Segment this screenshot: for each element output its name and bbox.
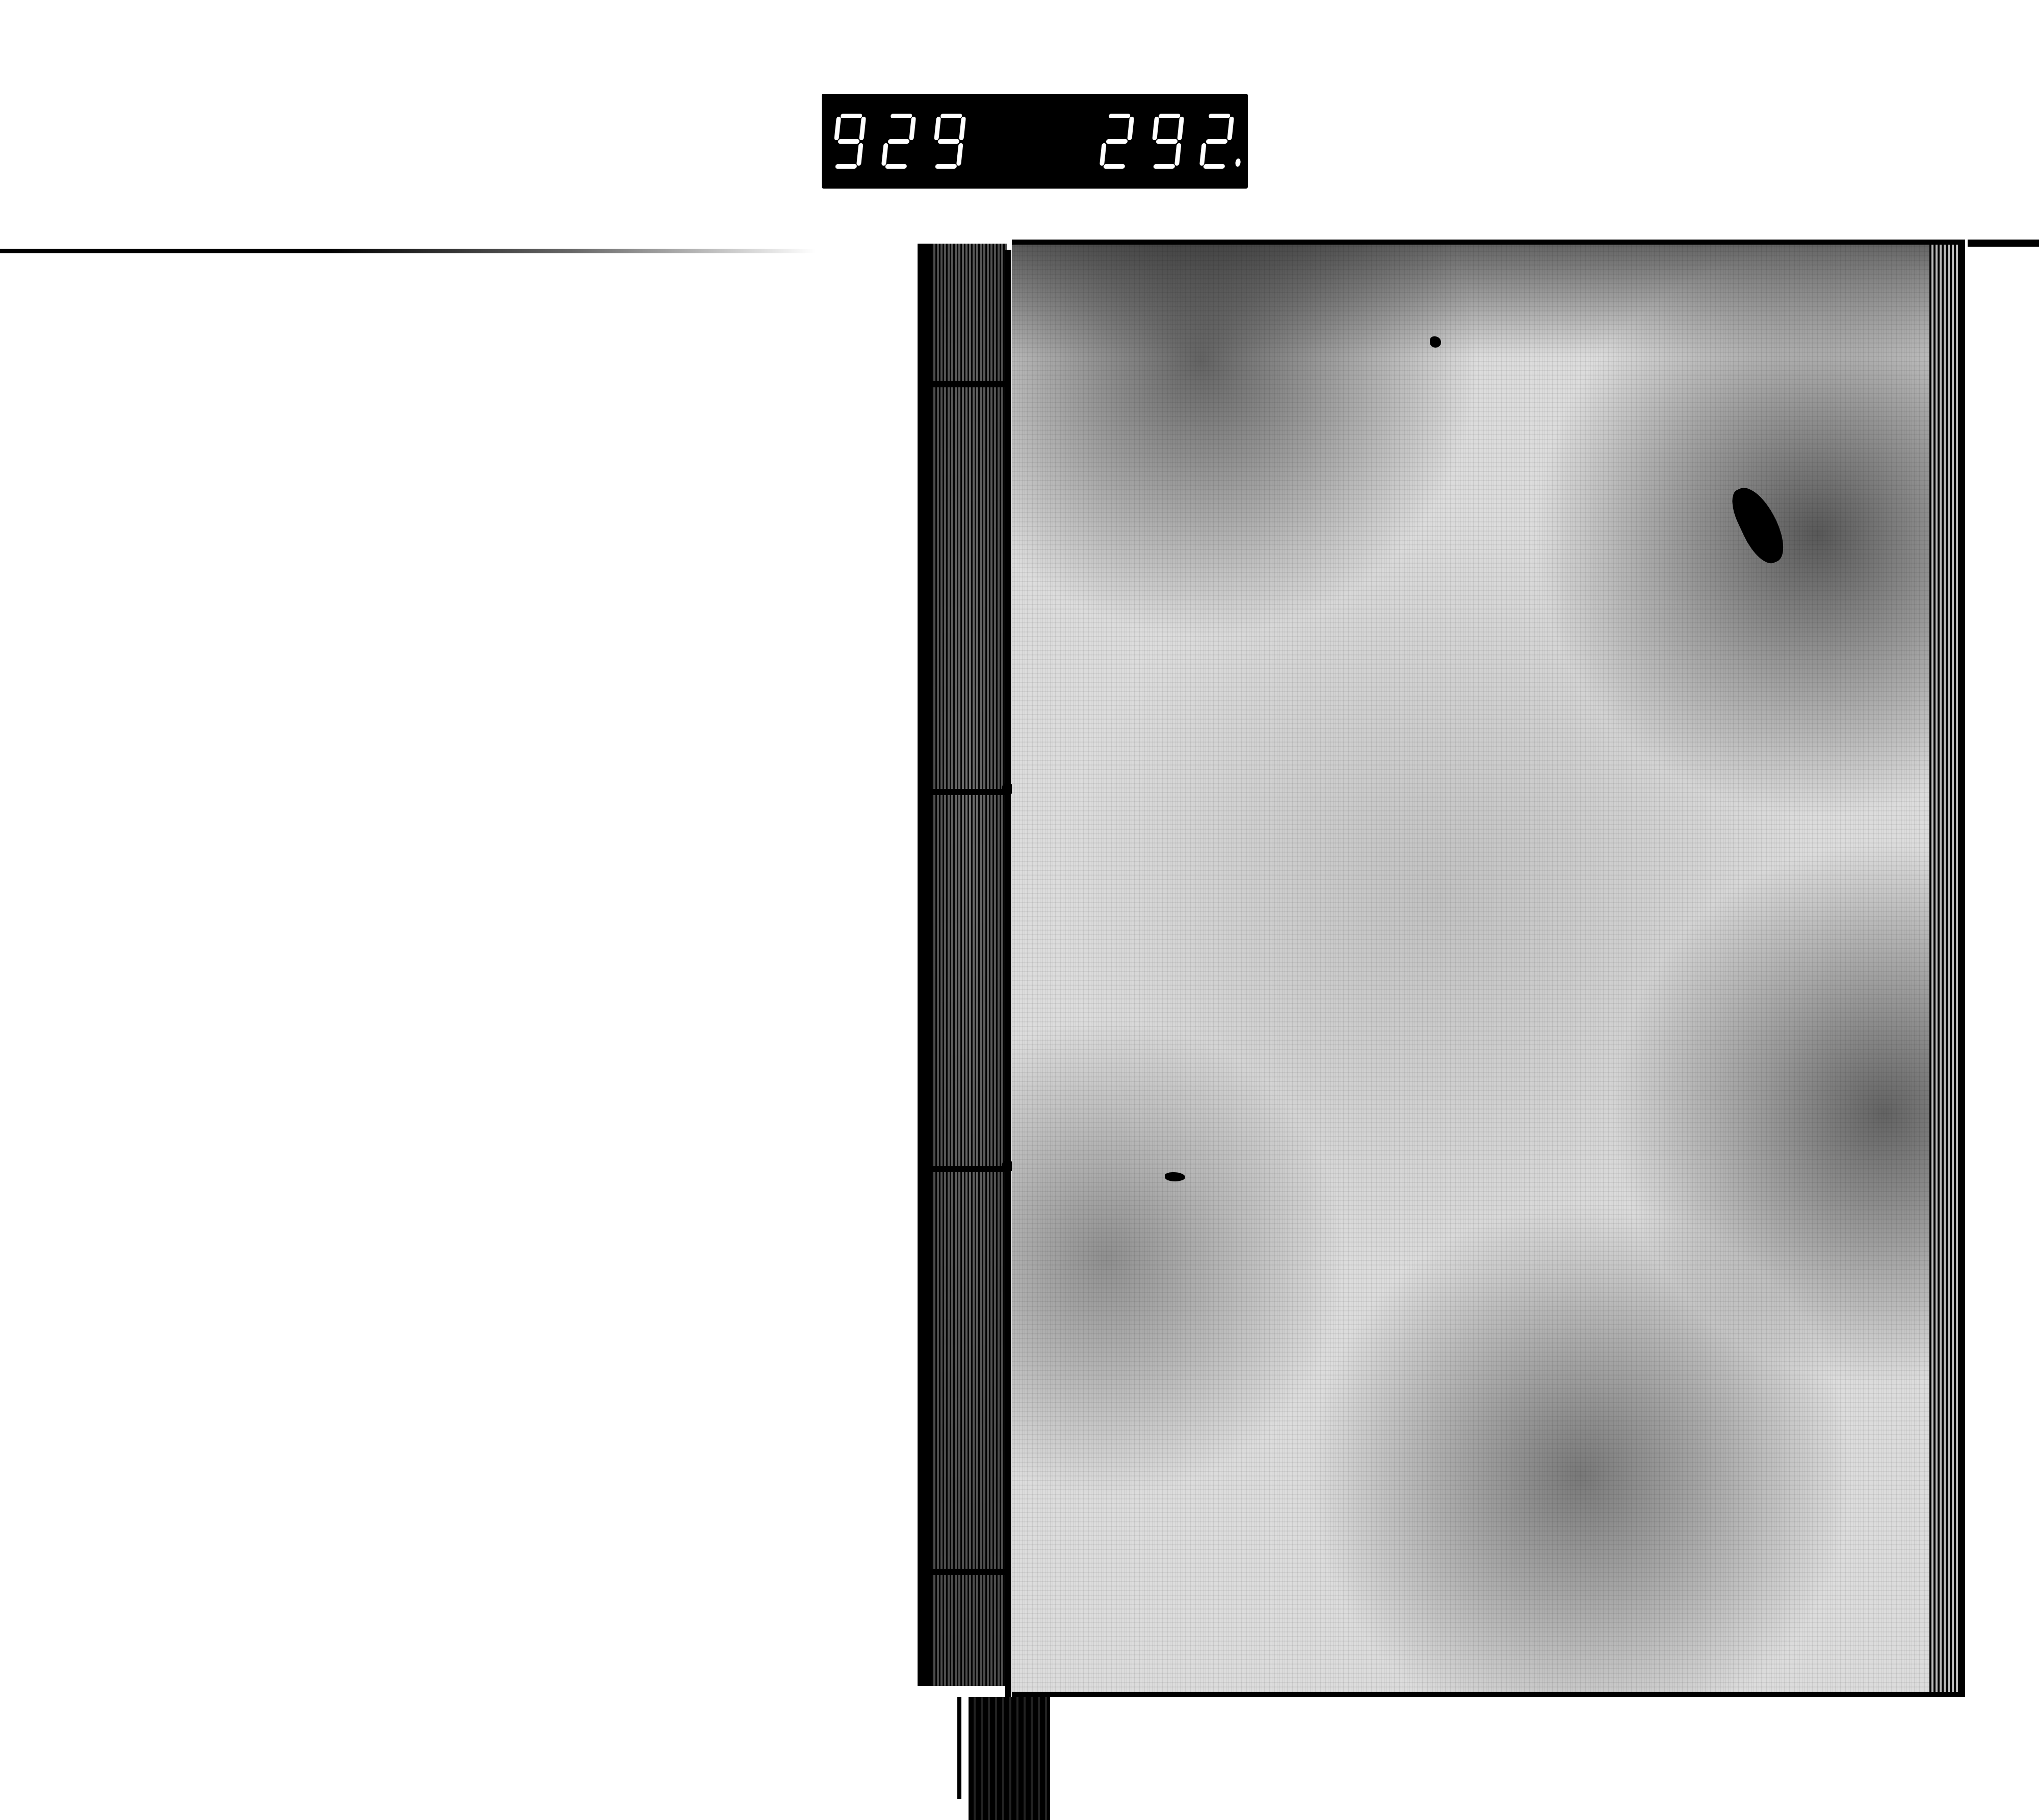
binding-thread-line [1005,250,1011,1697]
page-block-edge [1929,245,1960,1692]
scanner-bed-edge-right [1968,240,2039,247]
counter-digit [1199,114,1234,169]
book-spine [918,244,1007,1686]
scanner-bed-edge-left [0,249,816,253]
binding-thread-tail [957,1697,961,1799]
counter-digit [931,114,966,169]
binding-stitch [932,1569,1008,1575]
cover-stain [1725,481,1792,570]
decimal-point [1235,159,1241,167]
frame-counter-right [1102,114,1232,169]
binding-stitch [932,789,1008,795]
frame-counter-left [834,114,963,169]
frame-counter-label [822,94,1248,189]
binding-stitch [932,1166,1008,1172]
cover-stain [1165,1172,1185,1181]
counter-digit [1149,114,1184,169]
counter-digit [831,114,866,169]
binding-stitch [932,381,1008,387]
cover-wear-shading [1012,245,1960,357]
spine-tail-strip [969,1697,1050,1820]
cover-stain [1430,336,1441,348]
book [918,240,1968,1697]
counter-digit [881,114,916,169]
book-cover [1012,240,1965,1697]
counter-digit [1099,114,1134,169]
